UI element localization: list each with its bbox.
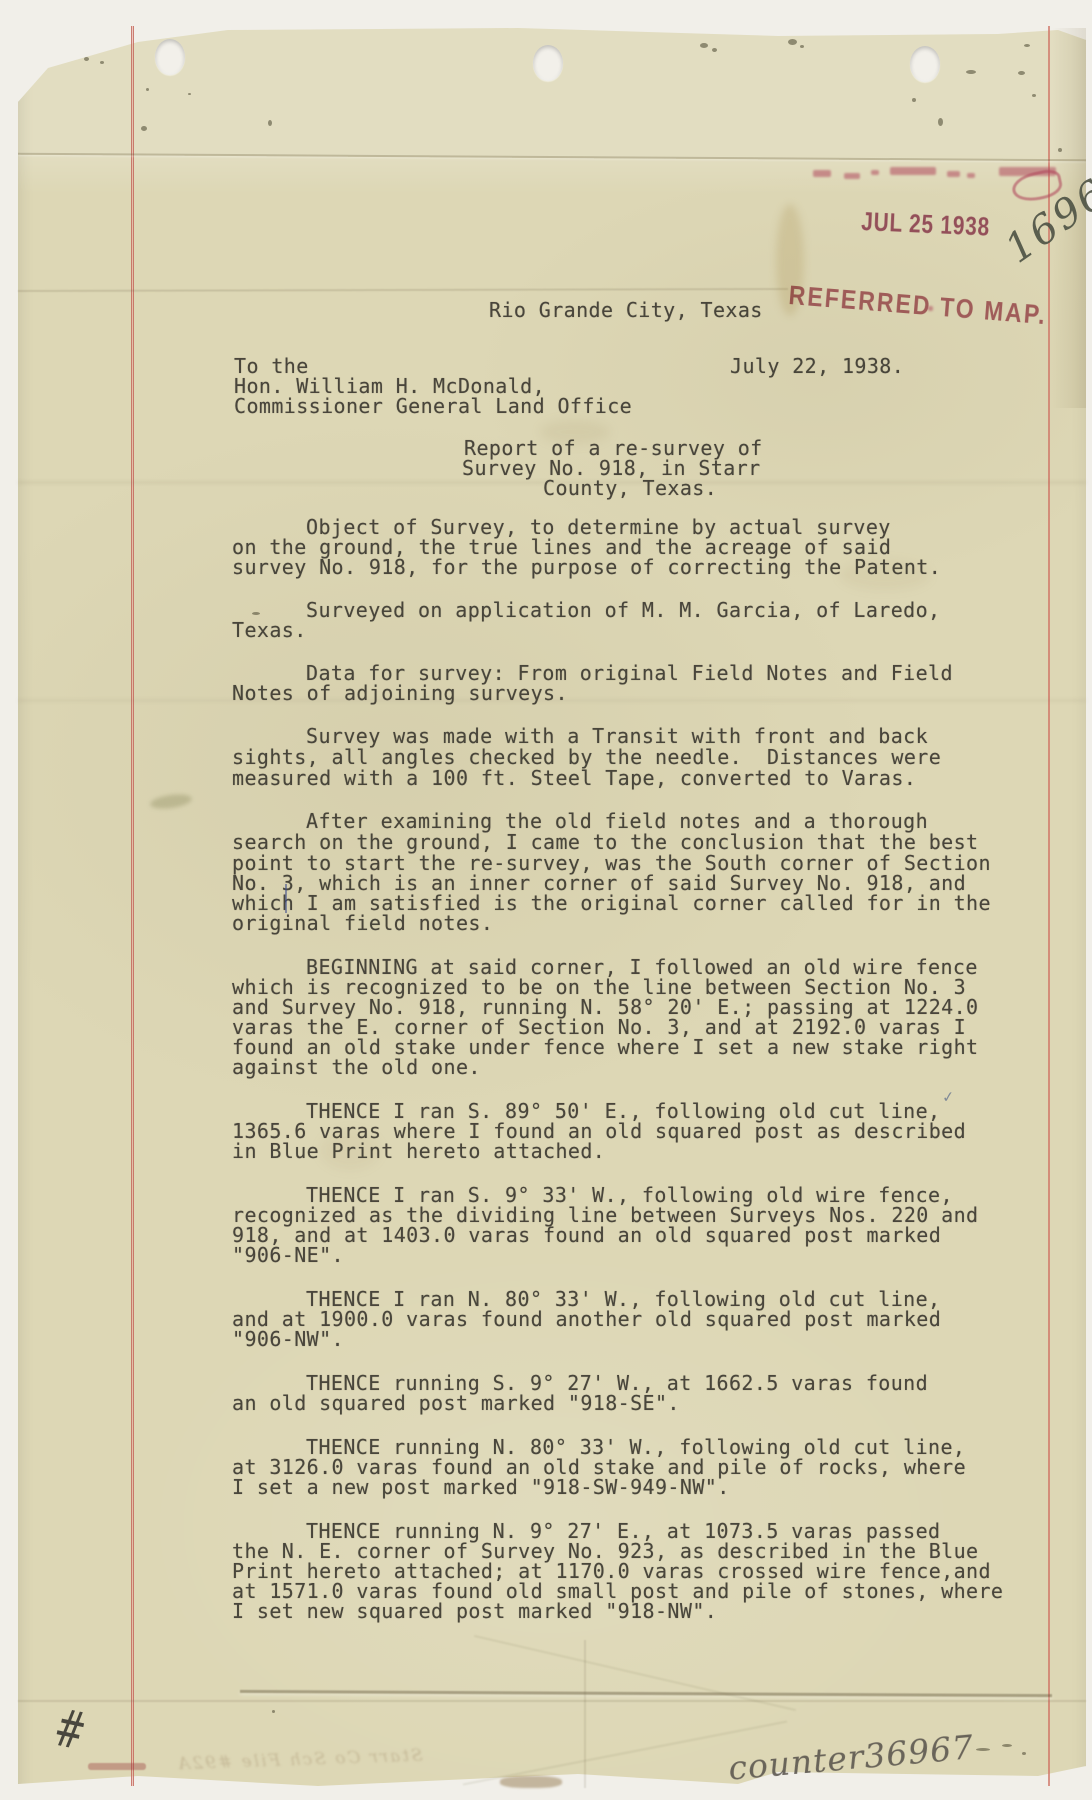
punch-hole [155,39,185,75]
typewritten-line: BEGINNING at said corner, I followed an … [306,957,978,977]
typewritten-line: Commissioner General Land Office [234,396,632,416]
ink-speck [272,1710,275,1713]
typewritten-line: search on the ground, I came to the conc… [232,832,978,852]
scanned-document: { "page": {"background": "#f1efe9", "pap… [0,0,1092,1800]
typewritten-line: sights, all angles checked by the needle… [232,747,941,767]
ink-speck [912,98,916,102]
typewritten-line: Print hereto attached; at 1170.0 varas c… [232,1561,991,1581]
typewritten-line: "906-NW". [232,1329,344,1349]
typewritten-line: Surveyed on application of M. M. Garcia,… [306,600,941,620]
stamp-smudge-mark [890,167,936,175]
typewritten-line: Texas. [232,620,307,640]
ink-speck [268,120,272,126]
ink-speck [976,1748,990,1751]
right-margin-line [1048,26,1050,1786]
typewritten-line: I set a new post marked "918-SW-949-NW". [232,1477,730,1497]
typewritten-line: THENCE running N. 9° 27' E., at 1073.5 v… [306,1521,941,1541]
ink-speck [1022,1752,1026,1755]
referred-to-map-stamp: REFERRED TO MAP. [788,280,1048,331]
typewritten-line: survey No. 918, for the purpose of corre… [232,557,941,577]
typewritten-line: original field notes. [232,913,493,933]
typewritten-line: Data for survey: From original Field Not… [306,663,953,683]
typewritten-line: 918, and at 1403.0 varas found an old sq… [232,1225,941,1245]
bleed-through-red-mark [88,1763,146,1770]
ink-speck [188,93,191,95]
typewritten-line: which is recognized to be on the line be… [232,977,966,997]
typewritten-line: the N. E. corner of Survey No. 923, as d… [232,1541,978,1561]
typewritten-line: THENCE running N. 80° 33' W., following … [306,1437,965,1457]
typewritten-line: 1365.6 varas where I found an old square… [232,1121,966,1141]
typewritten-line: and Survey No. 918, running N. 58° 20' E… [232,997,978,1017]
typewritten-line: No. 3, which is an inner corner of said … [232,873,966,893]
typewritten-line: After examining the old field notes and … [306,811,928,831]
punch-hole [910,46,940,82]
typewritten-line: on the ground, the true lines and the ac… [232,537,891,557]
ink-speck [1058,148,1062,152]
typewritten-line: Notes of adjoining surveys. [232,683,568,703]
typewritten-line: THENCE running S. 9° 27' W., at 1662.5 v… [306,1373,928,1393]
ink-speck [252,612,260,615]
ink-speck [1018,71,1025,75]
typewritten-line: in Blue Print hereto attached. [232,1141,605,1161]
handwritten-hash-mark: # [49,1697,91,1762]
stamp-smudge-mark [844,173,860,179]
typewritten-line: at 1571.0 varas found old small post and… [232,1581,1003,1601]
stain-smudge-left [149,792,192,811]
typewritten-line: THENCE I ran N. 80° 33' W., following ol… [306,1289,941,1309]
ink-speck [788,39,797,45]
typewritten-line: Rio Grande City, Texas [489,300,763,320]
ink-speck [700,43,708,48]
typewritten-line: recognized as the dividing line between … [232,1205,978,1225]
stamp-smudge-mark [871,170,879,175]
stamp-smudge-mark [813,170,831,177]
stamp-smudge-mark [928,306,933,311]
bleed-through-ghost-text: Starr Co Sch File #92A [176,1746,423,1775]
typewritten-line: an old squared post marked "918-SE". [232,1393,680,1413]
typewritten-line: point to start the re-survey, was the So… [232,853,991,873]
stamp-smudge-mark [947,171,960,177]
typewritten-line: Survey No. 918, in Starr [462,458,761,478]
typewritten-line: measured with a 100 ft. Steel Tape, conv… [232,768,916,788]
typewritten-line: at 3126.0 varas found an old stake and p… [232,1457,966,1477]
fold-crease-vertical [584,1640,586,1788]
fold-crease-bottom2 [18,1700,1086,1702]
pencil-checkmark: ✓ [941,1087,955,1106]
typewritten-line: Report of a re-survey of [464,438,763,458]
fold-crease-bottom [240,1690,1052,1697]
document-overlays: Rio Grande City, TexasTo theJuly 22, 193… [0,0,1092,1800]
ink-speck [938,118,943,126]
ink-speck [1002,1744,1012,1747]
handwritten-counter-number: counter36967 [727,1727,976,1787]
punch-hole [533,45,563,81]
typewritten-line: against the old one. [232,1057,481,1077]
received-date-stamp: JUL 25 1938 [861,206,991,243]
ink-speck [966,70,976,74]
stamp-smudge-mark [967,173,975,178]
ink-speck [800,45,804,48]
ink-speck [712,48,717,52]
fold-crease-top [18,153,1086,162]
ink-speck [84,57,89,61]
typewritten-line: County, Texas. [543,478,717,498]
typewritten-line: I set new squared post marked "918-NW". [232,1601,717,1621]
fold-crease-diag1 [474,1635,796,1711]
ink-speck [146,88,149,91]
typewritten-line: which I am satisfied is the original cor… [232,893,991,913]
blue-pen-stroke [285,884,287,913]
typewritten-line: found an old stake under fence where I s… [232,1037,978,1057]
typewritten-line: THENCE I ran S. 89° 50' E., following ol… [306,1101,941,1121]
ink-speck [1024,44,1030,47]
typewritten-line: Hon. William H. McDonald, [234,376,545,396]
typewritten-line: To the [234,356,309,376]
typewritten-line: Object of Survey, to determine by actual… [306,517,891,537]
ink-speck [1032,94,1036,97]
typewritten-line: varas the E. corner of Section No. 3, an… [232,1017,966,1037]
bottom-edge-tear [500,1776,562,1788]
typewritten-line: July 22, 1938. [730,356,904,376]
typewritten-line: Survey was made with a Transit with fron… [306,726,928,746]
left-margin-line [131,26,134,1786]
typewritten-line: and at 1900.0 varas found another old sq… [232,1309,941,1329]
typewritten-line: THENCE I ran S. 9° 33' W., following old… [306,1185,953,1205]
ink-speck [100,61,104,64]
ink-speck [141,126,147,131]
typewritten-line: "906-NE". [232,1245,344,1265]
